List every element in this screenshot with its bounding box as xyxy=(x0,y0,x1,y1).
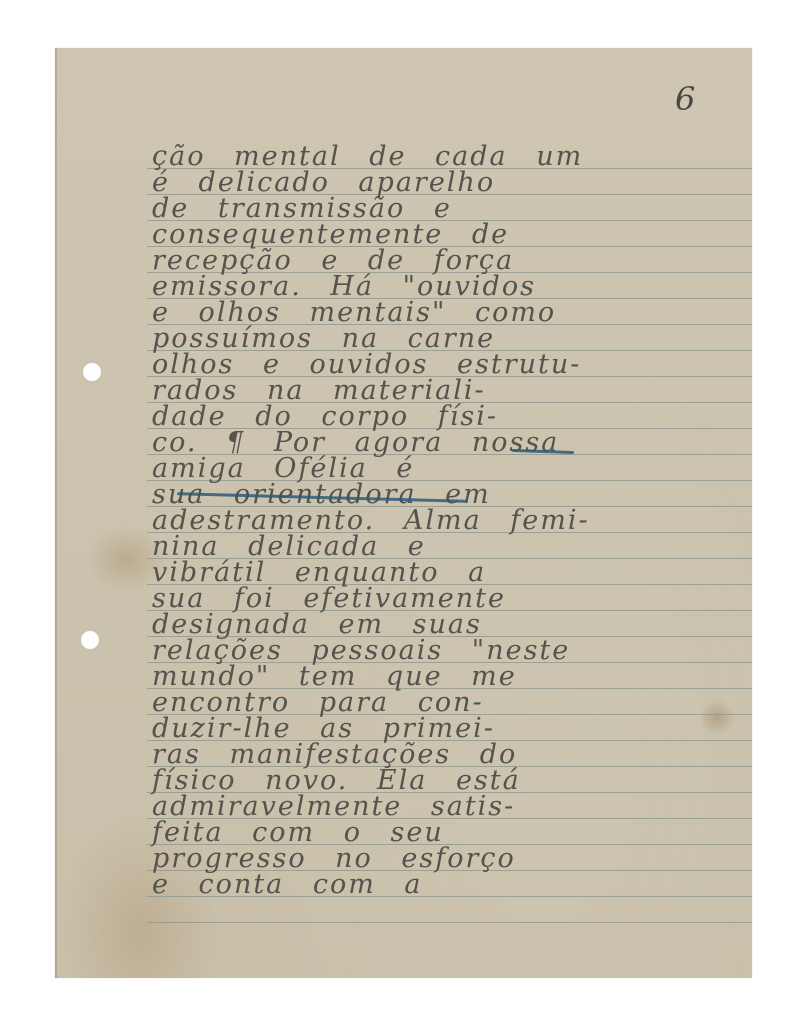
text-line: e conta com a xyxy=(152,872,752,898)
document-viewer: 6 xyxy=(0,0,807,1024)
rule-line xyxy=(147,922,752,923)
punch-hole-top xyxy=(83,363,101,381)
manuscript-page: 6 xyxy=(55,48,752,978)
punch-hole-bottom xyxy=(81,631,99,649)
